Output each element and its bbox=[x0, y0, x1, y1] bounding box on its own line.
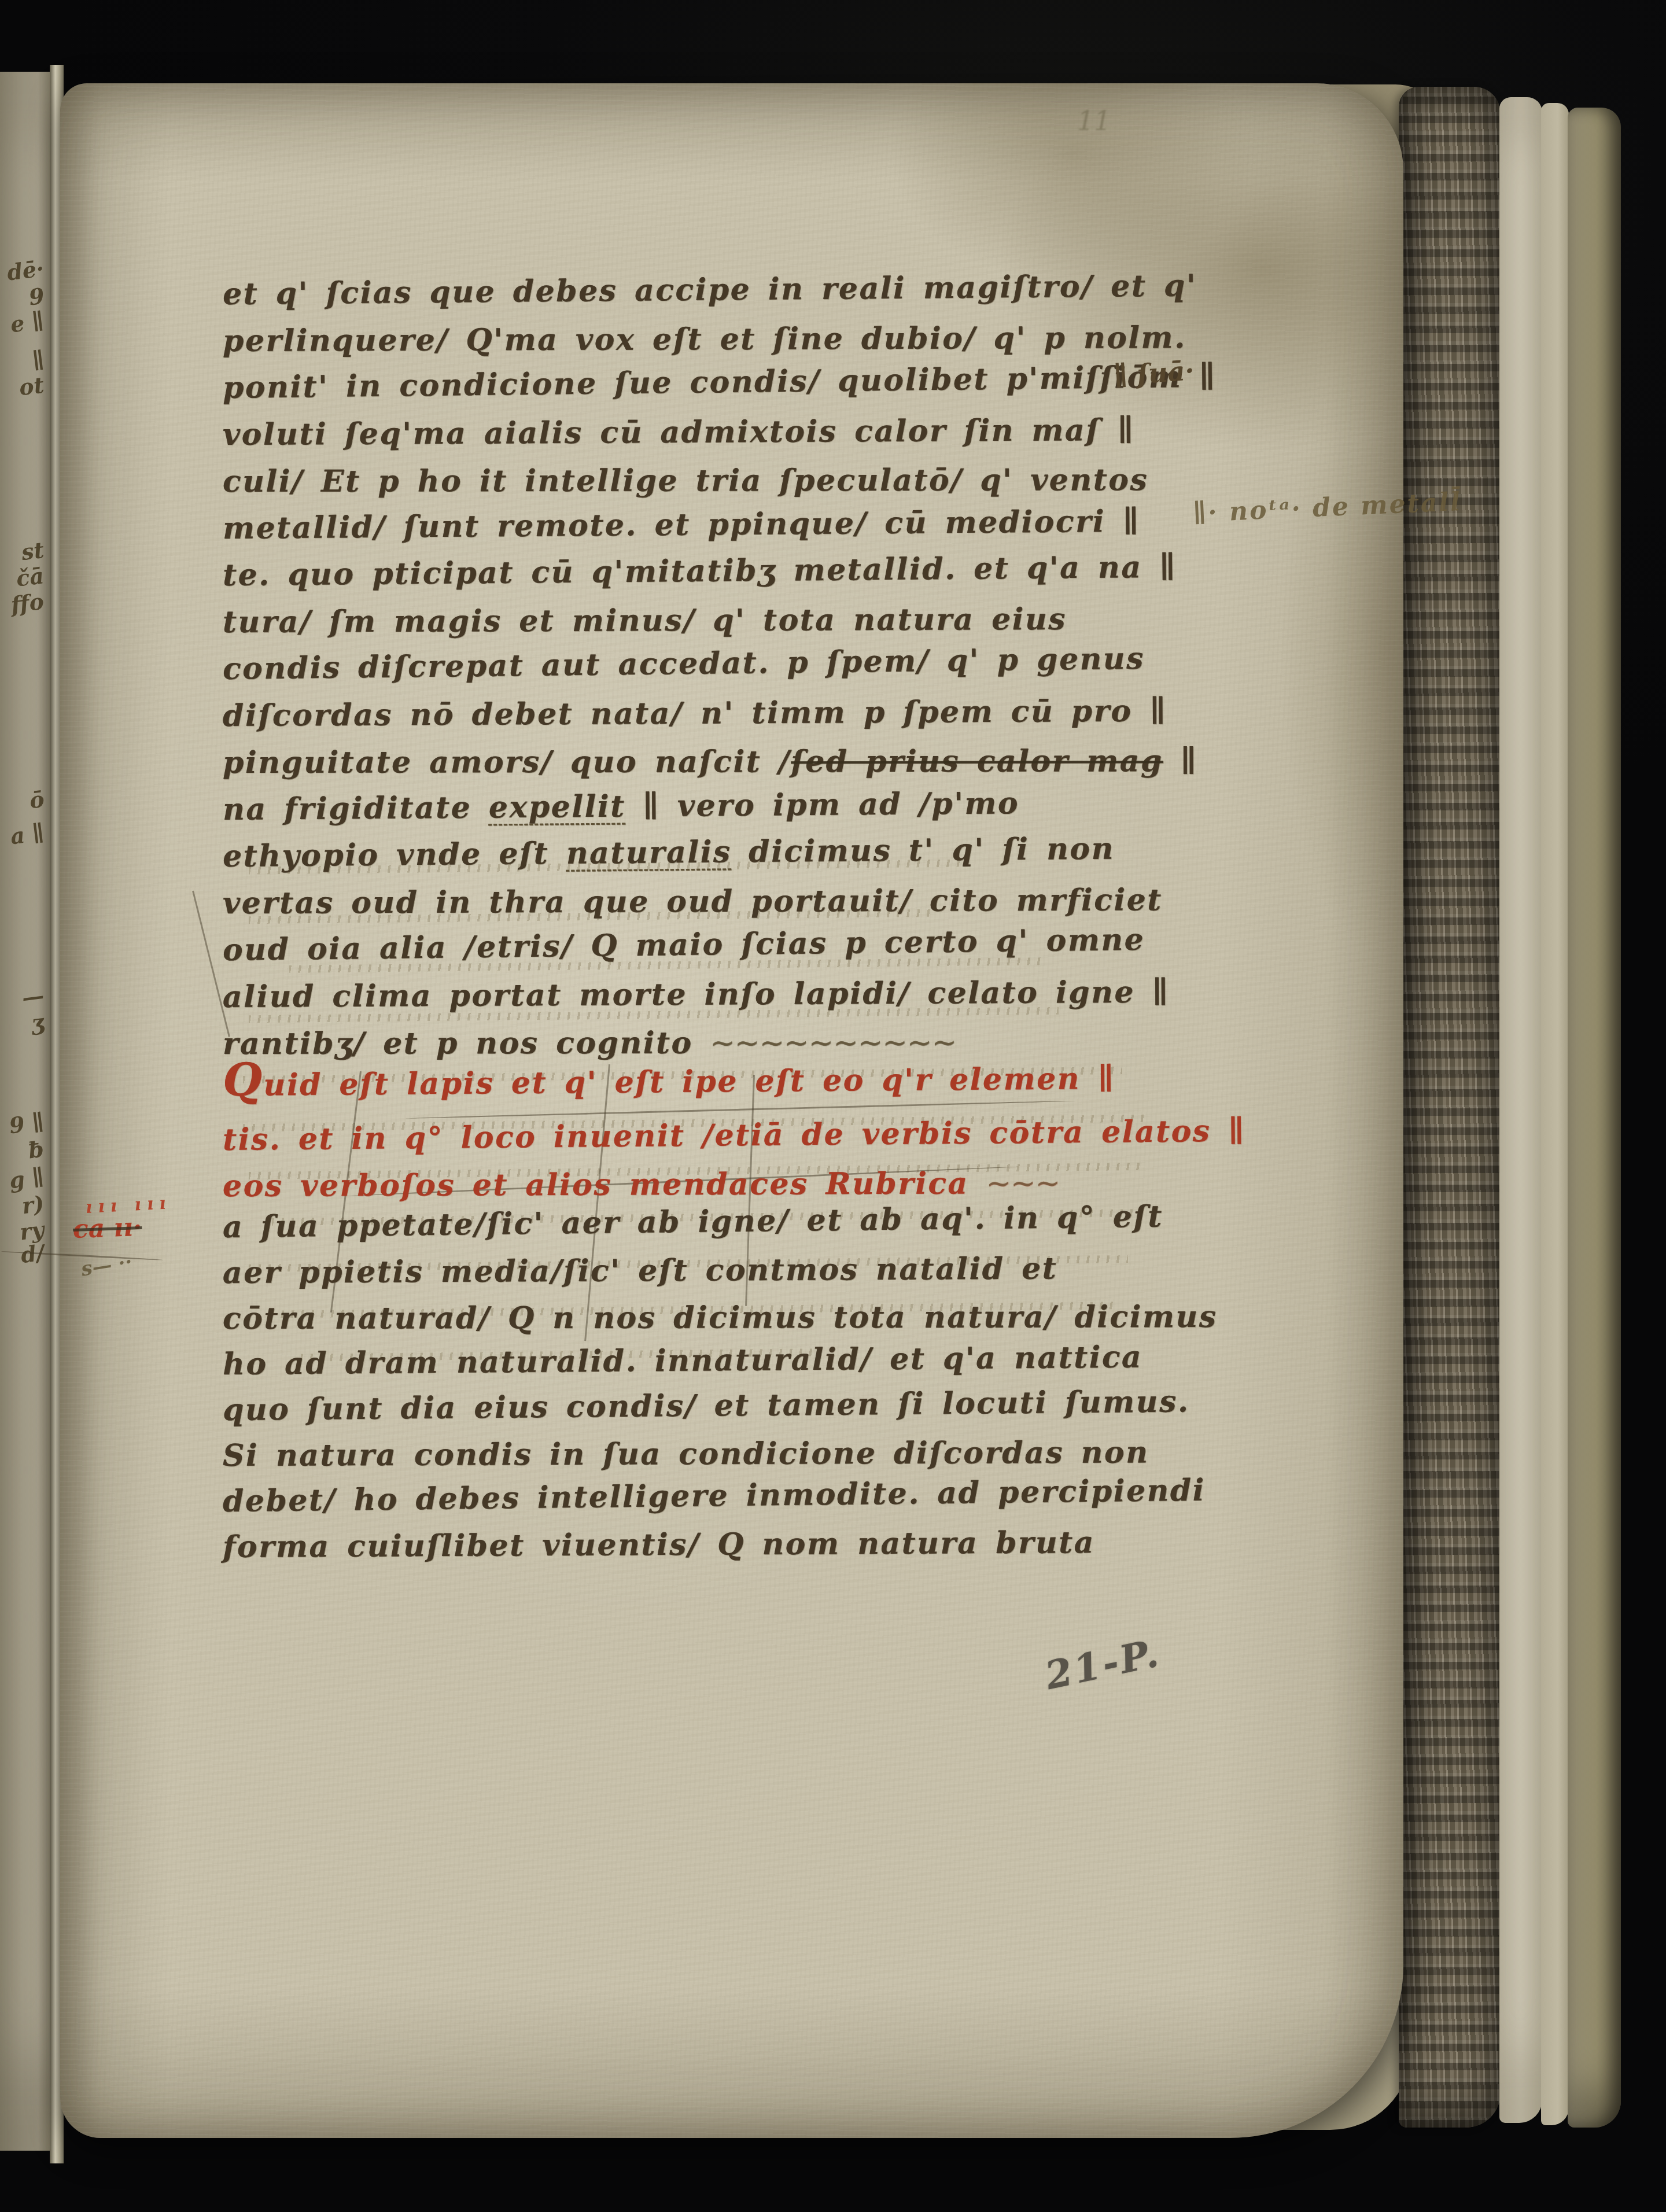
manuscript-line: diſcordas nō debet nata/ n' timm p ſpem … bbox=[223, 693, 1167, 733]
line-segment: ethyopio vnde eſt bbox=[223, 836, 566, 874]
line-segment: aliud clima portat morte inſo lapidi/ ce… bbox=[223, 974, 1170, 1015]
line-segment: eos verboſos et alios mendaces Rubrica bbox=[223, 1166, 986, 1204]
line-segment: aer ppietis media/ſic' eſt contmos natal… bbox=[223, 1251, 1058, 1291]
fore-edge-page-stack bbox=[1399, 87, 1501, 2128]
manuscript-line: metallid/ ſunt remote. et ppinque/ cū me… bbox=[223, 504, 1140, 546]
manuscript-line: pinguitate amors/ quo naſcit /ſed prius … bbox=[223, 743, 1198, 780]
manuscript-line: eos verboſos et alios mendaces Rubrica ~… bbox=[223, 1166, 1060, 1204]
underlying-leaf-mid bbox=[1541, 103, 1569, 2125]
line-segment: uid eſt lapis et q' eſt ipe eſt eo q'r e… bbox=[263, 1061, 1115, 1103]
previous-page-fragment: e ∥ bbox=[9, 308, 46, 338]
previous-page-fragment: 9 ∥ bbox=[8, 1109, 46, 1139]
previous-page-fragment: 9 bbox=[27, 283, 46, 311]
manuscript-line: tura/ ſm magis et minus/ q' tota natura … bbox=[223, 602, 1067, 640]
line-segment: Si natura condis in ſua condicione diſco… bbox=[223, 1435, 1149, 1473]
line-segment: vertas oud in thra que oud portauit/ cit… bbox=[223, 882, 1163, 921]
line-segment: rantibʒ/ et p nos cognito bbox=[223, 1026, 710, 1061]
line-segment: ſed prius calor mag bbox=[791, 743, 1163, 779]
manuscript-line: perlinquere/ Q'ma vox eſt et ſine dubio/… bbox=[223, 320, 1186, 359]
manuscript-line: aliud clima portat morte inſo lapidi/ ce… bbox=[223, 974, 1170, 1015]
line-segment: ∥ bbox=[1163, 743, 1198, 779]
faint-folio-number: 11 bbox=[1077, 105, 1111, 137]
line-segment: metallid/ ſunt remote. et ppinque/ cū me… bbox=[223, 504, 1140, 546]
manuscript-line: culi/ Et p ho it intellige tria ſpeculat… bbox=[223, 462, 1148, 499]
manuscript-line: aer ppietis media/ſic' eſt contmos natal… bbox=[223, 1251, 1058, 1291]
line-segment: naturalis bbox=[566, 834, 732, 871]
previous-page-fragment: ʒ bbox=[30, 1009, 46, 1036]
underlying-leaf-light bbox=[1499, 97, 1542, 2123]
manuscript-photo: dē·9e ∥∥otstčāffoōa ∥—ʒ9 ∥ƀg ∥r)ryd/ et … bbox=[0, 0, 1666, 2212]
previous-page-fragment: čā bbox=[15, 562, 46, 591]
line-segment: forma cuiuſlibet viuentis/ Q nom natura … bbox=[223, 1525, 1095, 1565]
manuscript-line: na frigiditate expellit ∥ vero ipm ad /p… bbox=[223, 786, 1020, 827]
line-segment: ∥ vero ipm ad /p'mo bbox=[625, 786, 1019, 824]
line-segment: dicimus t' q' ſi non bbox=[731, 831, 1115, 870]
previous-page-fragment: ffo bbox=[10, 588, 46, 618]
line-segment: pinguitate amors/ quo naſcit / bbox=[223, 744, 791, 780]
line-segment: na frigiditate bbox=[223, 790, 489, 827]
line-segment: ~~~ bbox=[986, 1166, 1060, 1201]
line-segment: cōtra naturad/ Q n nos dicimus tota natu… bbox=[223, 1299, 1218, 1336]
line-segment: ~~~~~~~~~~ bbox=[710, 1026, 956, 1061]
line-segment: culi/ Et p ho it intellige tria ſpeculat… bbox=[223, 462, 1148, 499]
line-segment: diſcordas nō debet nata/ n' timm p ſpem … bbox=[223, 693, 1167, 733]
manuscript-line: ho ad dram naturalid. innaturalid/ et q'… bbox=[223, 1340, 1143, 1382]
previous-page-fragment: ƀ bbox=[27, 1136, 46, 1164]
manuscript-line: Si natura condis in ſua condicione diſco… bbox=[223, 1435, 1149, 1473]
previous-page-sliver: dē·9e ∥∥otstčāffoōa ∥—ʒ9 ∥ƀg ∥r)ryd/ bbox=[0, 72, 51, 2151]
manuscript-line: voluti ſeq'ma aialis cū admixtois calor … bbox=[223, 412, 1135, 452]
line-segment: perlinquere/ Q'ma vox eſt et ſine dubio/… bbox=[223, 320, 1186, 359]
manuscript-line: forma cuiuſlibet viuentis/ Q nom natura … bbox=[223, 1525, 1095, 1565]
manuscript-line: cōtra naturad/ Q n nos dicimus tota natu… bbox=[223, 1299, 1218, 1336]
line-segment: expellit bbox=[489, 789, 626, 825]
previous-page-fragment: — bbox=[20, 982, 45, 1011]
previous-page-fragment: g ∥ bbox=[8, 1164, 46, 1194]
margin-note-red-chapter: ca ıı· bbox=[72, 1212, 142, 1244]
previous-page-fragment: st bbox=[20, 537, 45, 565]
line-segment: tura/ ſm magis et minus/ q' tota natura … bbox=[223, 602, 1067, 640]
line-segment: ho ad dram naturalid. innaturalid/ et q'… bbox=[223, 1340, 1143, 1382]
line-segment: voluti ſeq'ma aialis cū admixtois calor … bbox=[223, 412, 1135, 452]
previous-page-fragment: r) bbox=[20, 1190, 45, 1219]
previous-page-fragment: ō bbox=[28, 786, 46, 814]
previous-page-fragment: a ∥ bbox=[9, 820, 46, 850]
previous-page-fragment: ∥ bbox=[31, 346, 45, 374]
manuscript-line: vertas oud in thra que oud portauit/ cit… bbox=[223, 882, 1163, 921]
previous-page-fragment: ot bbox=[18, 372, 46, 401]
line-segment: Q bbox=[223, 1053, 264, 1107]
previous-page-fragment: dē· bbox=[6, 255, 46, 285]
manuscript-line: Quid eſt lapis et q' eſt ipe eſt eo q'r … bbox=[223, 1061, 1115, 1103]
binding-cover-edge bbox=[1568, 108, 1621, 2128]
margin-note-insertion: ∥ ſuā· bbox=[1112, 355, 1195, 392]
manuscript-line: rantibʒ/ et p nos cognito ~~~~~~~~~~ bbox=[223, 1025, 956, 1061]
